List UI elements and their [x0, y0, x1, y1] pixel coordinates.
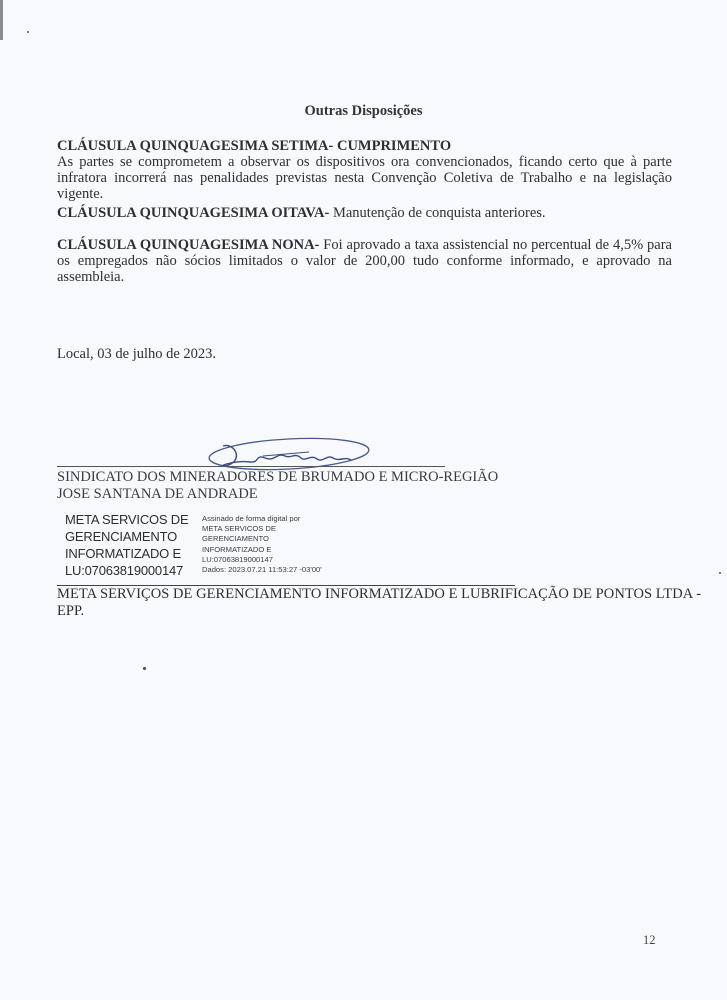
digital-signature-details: Assinado de forma digital por META SERVI… — [202, 514, 322, 575]
scan-speck — [143, 667, 146, 670]
detail-line: GERENCIAMENTO — [202, 534, 322, 544]
clause-57: CLÁUSULA QUINQUAGESIMA SETIMA- CUMPRIMEN… — [57, 138, 672, 202]
clause-heading: CLÁUSULA QUINQUAGESIMA NONA- — [57, 237, 319, 253]
clause-body: Manutenção de conquista anteriores. — [329, 205, 545, 221]
digital-signature-signer: META SERVICOS DE GERENCIAMENTO INFORMATI… — [65, 511, 188, 579]
page-number: 12 — [643, 933, 656, 948]
signer-line: GERENCIAMENTO — [65, 528, 188, 545]
company-name: META SERVIÇOS DE GERENCIAMENTO INFORMATI… — [57, 586, 727, 620]
signatory-name: JOSE SANTANA DE ANDRADE — [57, 486, 258, 503]
signatory-organization: SINDICATO DOS MINERADORES DE BRUMADO E M… — [57, 469, 498, 486]
detail-line: META SERVICOS DE — [202, 524, 322, 534]
clause-heading: CLÁUSULA QUINQUAGESIMA OITAVA- — [57, 205, 329, 221]
detail-line: Dados: 2023.07.21 11:53:27 -03'00' — [202, 565, 322, 575]
clause-body: As partes se comprometem a observar os d… — [57, 154, 672, 202]
scan-speck — [719, 572, 721, 574]
signature-line — [57, 466, 445, 467]
clause-heading: CLÁUSULA QUINQUAGESIMA SETIMA- CUMPRIMEN… — [57, 138, 672, 154]
place-date: Local, 03 de julho de 2023. — [57, 346, 216, 363]
detail-line: Assinado de forma digital por — [202, 514, 322, 524]
signer-line: LU:07063819000147 — [65, 562, 188, 579]
clause-59: CLÁUSULA QUINQUAGESIMA NONA- Foi aprovad… — [57, 237, 672, 285]
signer-line: META SERVICOS DE — [65, 511, 188, 528]
clause-58: CLÁUSULA QUINQUAGESIMA OITAVA- Manutençã… — [57, 205, 672, 221]
scan-speck — [27, 31, 29, 33]
detail-line: INFORMATIZADO E — [202, 545, 322, 555]
scan-page-edge — [0, 0, 3, 40]
section-title: Outras Disposições — [0, 103, 727, 120]
signer-line: INFORMATIZADO E — [65, 545, 188, 562]
detail-line: LU:07063819000147 — [202, 555, 322, 565]
